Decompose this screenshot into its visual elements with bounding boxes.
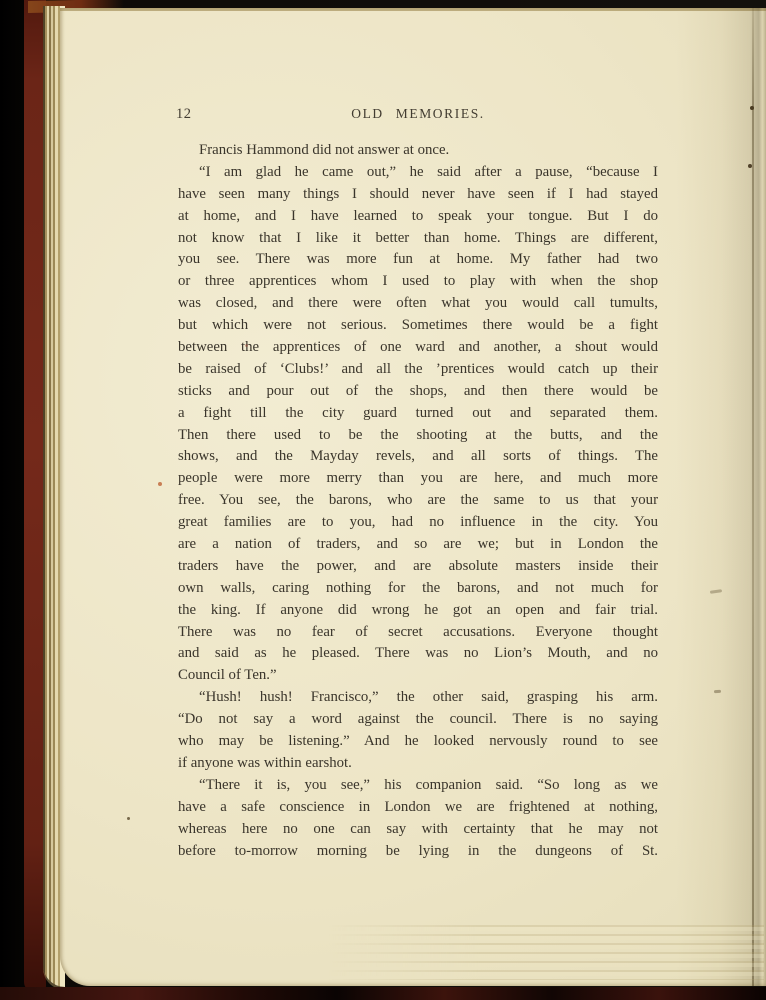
text-line: “I am glad he came out,” he said after a… bbox=[178, 162, 658, 184]
text-line: if anyone was within earshot. bbox=[178, 753, 658, 775]
text-line: traders have the power, and are absolute… bbox=[178, 556, 658, 578]
text-line: great families are to you, had no influe… bbox=[178, 512, 658, 534]
text-line: a fight till the city guard turned out a… bbox=[178, 403, 658, 425]
text-line: Council of Ten.” bbox=[178, 665, 658, 687]
text-line: whereas here no one can say with certain… bbox=[178, 819, 658, 841]
text-line: free. You see, the barons, who are the s… bbox=[178, 490, 658, 512]
text-line: have seen many things I should never hav… bbox=[178, 184, 658, 206]
text-line: Then there used to be the shooting at th… bbox=[178, 425, 658, 447]
body-text: Francis Hammond did not answer at once.“… bbox=[178, 140, 658, 862]
page-number: 12 bbox=[176, 106, 192, 123]
text-line: There was no fear of secret accusations.… bbox=[178, 622, 658, 644]
bottom-cover-band bbox=[0, 987, 766, 1000]
text-line: “Do not say a word against the council. … bbox=[178, 709, 658, 731]
text-line: was closed, and there were often what yo… bbox=[178, 293, 658, 315]
text-line: people were more merry than you are here… bbox=[178, 468, 658, 490]
page-header: 12 OLD MEMORIES. bbox=[178, 106, 658, 126]
book-page: 12 OLD MEMORIES. Francis Hammond did not… bbox=[60, 8, 766, 986]
paragraph: “There it is, you see,” his companion sa… bbox=[178, 775, 658, 863]
text-line: shows, and the Mayday revels, and all so… bbox=[178, 446, 658, 468]
text-line: who may be listening.” And he looked ner… bbox=[178, 731, 658, 753]
text-line: own walls, caring nothing for the barons… bbox=[178, 578, 658, 600]
bottom-page-edge-streaks bbox=[328, 922, 764, 980]
text-line: between the apprentices of one ward and … bbox=[178, 337, 658, 359]
text-block: 12 OLD MEMORIES. Francis Hammond did not… bbox=[178, 106, 658, 862]
gutter-crease-line bbox=[752, 8, 754, 986]
text-line: are a nation of traders, and so are we; … bbox=[178, 534, 658, 556]
text-line: sticks and pour out of the shops, and th… bbox=[178, 381, 658, 403]
text-line: but which were not serious. Sometimes th… bbox=[178, 315, 658, 337]
text-line: and said as he pleased. There was no Lio… bbox=[178, 643, 658, 665]
running-header: OLD MEMORIES. bbox=[178, 106, 658, 122]
text-line: “Hush! hush! Francisco,” the other said,… bbox=[178, 687, 658, 709]
paragraph: “Hush! hush! Francisco,” the other said,… bbox=[178, 687, 658, 775]
paragraph: “I am glad he came out,” he said after a… bbox=[178, 162, 658, 687]
text-line: be raised of ‘Clubs!’ and all the ’prent… bbox=[178, 359, 658, 381]
text-line: before to-morrow morning be lying in the… bbox=[178, 841, 658, 863]
scanned-book-photo: 12 OLD MEMORIES. Francis Hammond did not… bbox=[0, 0, 766, 1000]
text-line: “There it is, you see,” his companion sa… bbox=[178, 775, 658, 797]
text-line: you see. There was more fun at home. My … bbox=[178, 249, 658, 271]
text-line: not know that I like it better than home… bbox=[178, 228, 658, 250]
text-line: or three apprentices whom I used to play… bbox=[178, 271, 658, 293]
text-line: Francis Hammond did not answer at once. bbox=[178, 140, 658, 162]
paragraph: Francis Hammond did not answer at once. bbox=[178, 140, 658, 162]
text-line: at home, and I have learned to speak you… bbox=[178, 206, 658, 228]
text-line: the king. If anyone did wrong he got an … bbox=[178, 600, 658, 622]
text-line: have a safe conscience in London we are … bbox=[178, 797, 658, 819]
